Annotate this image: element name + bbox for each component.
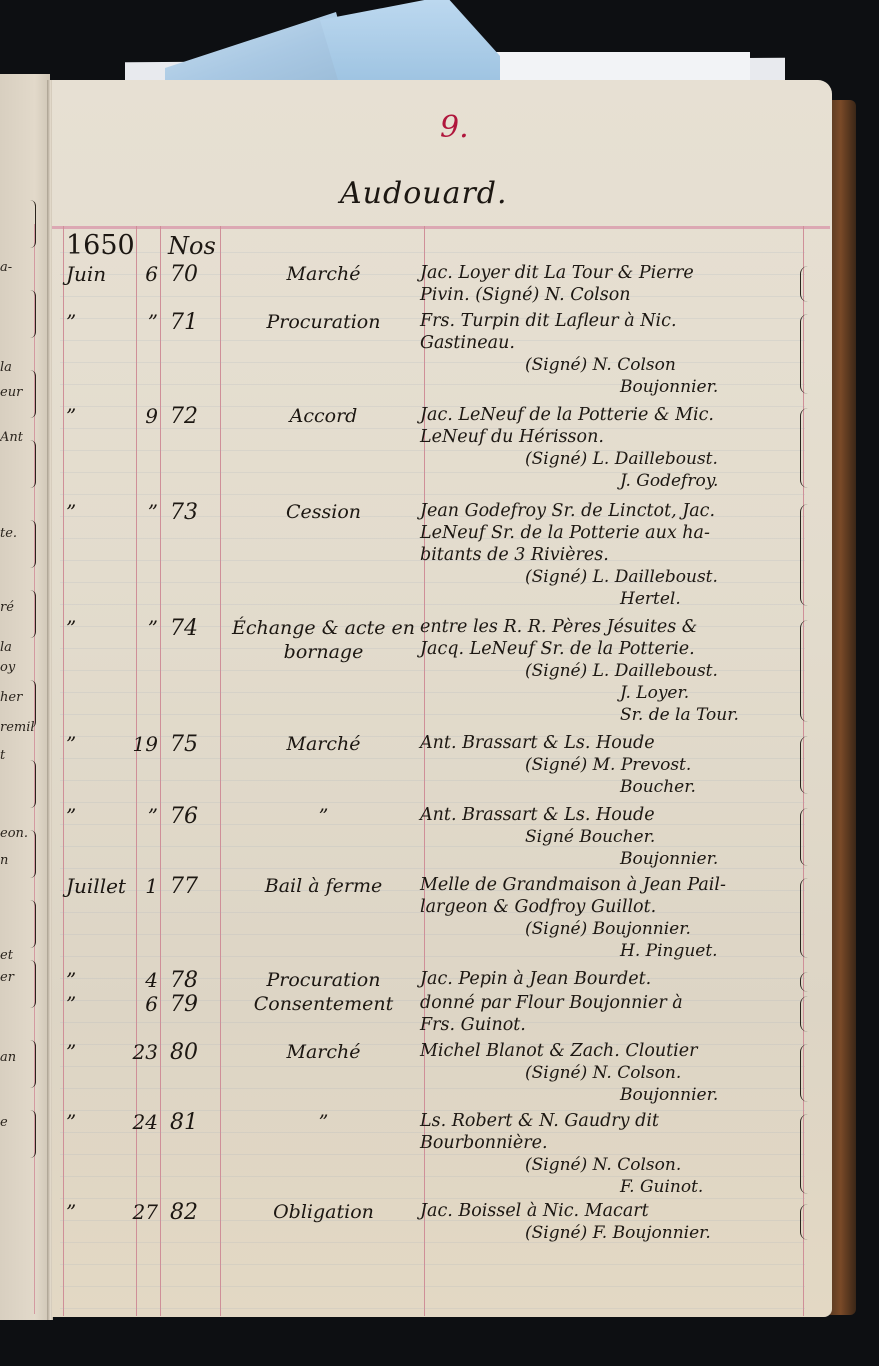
column-rule <box>136 226 137 1316</box>
party-line: Frs. Guinot. <box>420 1014 800 1036</box>
signature-line: (Signé) N. Colson. <box>420 1062 800 1084</box>
entry-brace <box>800 266 808 302</box>
entry-day: ” <box>128 310 158 334</box>
entry-parties: Ant. Brassart & Ls. HoudeSigné Boucher.B… <box>420 804 800 870</box>
entry-parties: Michel Blanot & Zach. Cloutier(Signé) N.… <box>420 1040 800 1106</box>
signature-line: Sr. de la Tour. <box>420 704 800 726</box>
entry-number: 79 <box>170 992 198 1017</box>
entry-parties: Ant. Brassart & Ls. Houde(Signé) M. Prev… <box>420 732 800 798</box>
party-line: Jac. Pepin à Jean Bourdet. <box>420 968 800 990</box>
entry-act-type: Échange & acte en bornage <box>226 616 421 664</box>
left-page-fragment: ré <box>0 600 14 615</box>
entry-act-type: Cession <box>226 500 421 524</box>
signature-line: Boujonnier. <box>420 1084 800 1106</box>
signature-line: H. Pinguet. <box>420 940 800 962</box>
left-page-fragment: n <box>0 853 8 868</box>
left-page-brace <box>30 960 36 1008</box>
signature-line: Boujonnier. <box>420 376 800 398</box>
entry-parties: Jean Godefroy Sr. de Linctot, Jac.LeNeuf… <box>420 500 800 610</box>
entry-number: 74 <box>170 616 198 641</box>
year-header: 1650 <box>66 230 135 261</box>
entry-number: 78 <box>170 968 198 993</box>
entry-number: 76 <box>170 804 198 829</box>
signature-line: F. Guinot. <box>420 1176 800 1198</box>
entry-parties: Jac. Boissel à Nic. Macart(Signé) F. Bou… <box>420 1200 800 1244</box>
entry-number: 75 <box>170 732 198 757</box>
entry-number: 82 <box>170 1200 198 1225</box>
entry-act-type: ” <box>226 804 421 828</box>
entry-parties: Melle de Grandmaison à Jean Pail-largeon… <box>420 874 800 962</box>
left-page-text-fragments: a-laeurAntte.rélaoyherremilteon.neterane <box>0 74 48 1320</box>
party-line: Jacq. LeNeuf Sr. de la Potterie. <box>420 638 800 660</box>
entry-parties: Frs. Turpin dit Lafleur à Nic.Gastineau.… <box>420 310 800 398</box>
entry-day: 1 <box>128 874 158 898</box>
left-page-fragment: te. <box>0 526 17 541</box>
entry-month: ” <box>66 500 76 524</box>
entry-act-type: Marché <box>226 732 421 756</box>
entry-number: 81 <box>170 1110 198 1135</box>
book-cover-edge <box>830 100 856 1315</box>
entry-day: 27 <box>128 1200 158 1224</box>
party-line: Bourbonnière. <box>420 1132 800 1154</box>
signature-line: (Signé) L. Dailleboust. <box>420 660 800 682</box>
signature-line: Boucher. <box>420 776 800 798</box>
signature-line: J. Loyer. <box>420 682 800 704</box>
entry-month: Juillet <box>66 874 126 898</box>
entry-day: ” <box>128 804 158 828</box>
party-line: Melle de Grandmaison à Jean Pail- <box>420 874 800 896</box>
entry-brace <box>800 736 808 794</box>
entry-month: ” <box>66 1200 76 1224</box>
left-page-fragment: et <box>0 948 13 963</box>
entry-number: 72 <box>170 404 198 429</box>
signature-line: J. Godefroy. <box>420 470 800 492</box>
left-page-fragment: her <box>0 690 22 705</box>
party-line: Gastineau. <box>420 332 800 354</box>
entry-day: 23 <box>128 1040 158 1064</box>
signature-line: (Signé) L. Dailleboust. <box>420 566 800 588</box>
party-line: Pivin. (Signé) N. Colson <box>420 284 800 306</box>
party-line: Jac. Loyer dit La Tour & Pierre <box>420 262 800 284</box>
signature-line: Signé Boucher. <box>420 826 800 848</box>
left-page-brace <box>30 440 36 488</box>
entry-day: 19 <box>128 732 158 756</box>
signature-line: (Signé) M. Prevost. <box>420 754 800 776</box>
entry-brace <box>800 1204 808 1240</box>
party-line: Michel Blanot & Zach. Cloutier <box>420 1040 800 1062</box>
party-line: Ant. Brassart & Ls. Houde <box>420 804 800 826</box>
left-page-fragment: an <box>0 1050 16 1065</box>
entry-parties: entre les R. R. Pères Jésuites &Jacq. Le… <box>420 616 800 726</box>
left-page-fragment: Ant <box>0 430 23 445</box>
left-page-fragment: la <box>0 360 12 375</box>
entry-day: ” <box>128 616 158 640</box>
entry-day: 4 <box>128 968 158 992</box>
column-rule <box>63 226 64 1316</box>
entry-brace <box>800 620 808 722</box>
left-page-fragment: eur <box>0 385 22 400</box>
entry-month: ” <box>66 804 76 828</box>
signature-line: Hertel. <box>420 588 800 610</box>
ruled-line <box>60 1286 805 1287</box>
left-page-brace <box>30 760 36 808</box>
page-number: 9. <box>440 110 469 145</box>
entry-number: 77 <box>170 874 198 899</box>
party-line: Ls. Robert & N. Gaudry dit <box>420 1110 800 1132</box>
party-line: entre les R. R. Pères Jésuites & <box>420 616 800 638</box>
entry-month: ” <box>66 1040 76 1064</box>
entry-month: ” <box>66 1110 76 1134</box>
entry-month: ” <box>66 968 76 992</box>
left-page-brace <box>30 200 36 248</box>
left-page-brace <box>30 830 36 878</box>
entry-day: 6 <box>128 992 158 1016</box>
entry-brace <box>800 1044 808 1102</box>
party-line: LeNeuf du Hérisson. <box>420 426 800 448</box>
ruled-line <box>60 1308 805 1309</box>
signature-line: (Signé) N. Colson <box>420 354 800 376</box>
loose-paper-blue <box>320 0 500 80</box>
entry-day: 24 <box>128 1110 158 1134</box>
party-line: largeon & Godfroy Guillot. <box>420 896 800 918</box>
entry-month: ” <box>66 732 76 756</box>
entry-brace <box>800 996 808 1032</box>
entry-month: ” <box>66 404 76 428</box>
left-page-brace <box>30 1110 36 1158</box>
column-rule <box>160 226 161 1316</box>
left-page-fragment: e <box>0 1115 8 1130</box>
party-line: Jac. Boissel à Nic. Macart <box>420 1200 800 1222</box>
entry-parties: Jac. LeNeuf de la Potterie & Mic.LeNeuf … <box>420 404 800 492</box>
left-page-fragment: la <box>0 640 12 655</box>
entry-parties: donné par Flour Boujonnier àFrs. Guinot. <box>420 992 800 1036</box>
left-page-brace <box>30 1040 36 1088</box>
left-page-brace <box>30 290 36 338</box>
left-page-brace <box>30 590 36 638</box>
signature-line: (Signé) F. Boujonnier. <box>420 1222 800 1244</box>
signature-line: (Signé) L. Dailleboust. <box>420 448 800 470</box>
entry-act-type: Accord <box>226 404 421 428</box>
left-page-fragment: er <box>0 970 14 985</box>
ruled-line <box>60 1198 805 1199</box>
party-line: Jean Godefroy Sr. de Linctot, Jac. <box>420 500 800 522</box>
header-rule <box>52 226 830 229</box>
left-page-fragment: eon. <box>0 826 28 841</box>
party-line: LeNeuf Sr. de la Potterie aux ha- <box>420 522 800 544</box>
entry-act-type: Consentement <box>226 992 421 1016</box>
entry-month: ” <box>66 616 76 640</box>
entry-act-type: Procuration <box>226 310 421 334</box>
entry-brace <box>800 504 808 606</box>
signature-line: (Signé) Boujonnier. <box>420 918 800 940</box>
entry-brace <box>800 408 808 488</box>
entry-brace <box>800 314 808 394</box>
party-line: bitants de 3 Rivières. <box>420 544 800 566</box>
entry-month: ” <box>66 310 76 334</box>
signature-line: (Signé) N. Colson. <box>420 1154 800 1176</box>
entry-parties: Jac. Loyer dit La Tour & PierrePivin. (S… <box>420 262 800 306</box>
left-page-brace <box>30 680 36 728</box>
ruled-line <box>60 1264 805 1265</box>
entry-day: ” <box>128 500 158 524</box>
entry-number: 73 <box>170 500 198 525</box>
notary-title: Audouard. <box>340 176 508 211</box>
entry-act-type: Marché <box>226 262 421 286</box>
ruled-line <box>60 802 805 803</box>
left-page-brace <box>30 900 36 948</box>
party-line: Ant. Brassart & Ls. Houde <box>420 732 800 754</box>
entry-brace <box>800 972 808 992</box>
left-page-brace <box>30 370 36 418</box>
left-page-fragment: t <box>0 748 5 763</box>
entry-day: 9 <box>128 404 158 428</box>
entry-act-type: Bail à ferme <box>226 874 421 898</box>
entry-number: 70 <box>170 262 198 287</box>
party-line: Jac. LeNeuf de la Potterie & Mic. <box>420 404 800 426</box>
signature-line: Boujonnier. <box>420 848 800 870</box>
entry-month: Juin <box>66 262 106 286</box>
column-rule <box>220 226 221 1316</box>
previous-page-edge: a-laeurAntte.rélaoyherremilteon.neterane <box>0 74 50 1320</box>
entry-brace <box>800 878 808 958</box>
left-page-fragment: oy <box>0 660 15 675</box>
left-page-brace <box>30 520 36 568</box>
numbers-column-header: Nos <box>168 232 216 260</box>
entry-month: ” <box>66 992 76 1016</box>
entry-act-type: Obligation <box>226 1200 421 1224</box>
entry-parties: Ls. Robert & N. Gaudry ditBourbonnière.(… <box>420 1110 800 1198</box>
entry-act-type: Procuration <box>226 968 421 992</box>
entry-day: 6 <box>128 262 158 286</box>
party-line: Frs. Turpin dit Lafleur à Nic. <box>420 310 800 332</box>
entry-brace <box>800 808 808 866</box>
entry-act-type: Marché <box>226 1040 421 1064</box>
ruled-line <box>60 494 805 495</box>
left-page-fragment: a- <box>0 260 12 275</box>
numbers-header-label: Nos <box>168 232 216 260</box>
entry-act-type: ” <box>226 1110 421 1134</box>
entry-number: 71 <box>170 310 198 335</box>
party-line: donné par Flour Boujonnier à <box>420 992 800 1014</box>
entry-number: 80 <box>170 1040 198 1065</box>
entry-parties: Jac. Pepin à Jean Bourdet. <box>420 968 800 990</box>
entry-brace <box>800 1114 808 1194</box>
